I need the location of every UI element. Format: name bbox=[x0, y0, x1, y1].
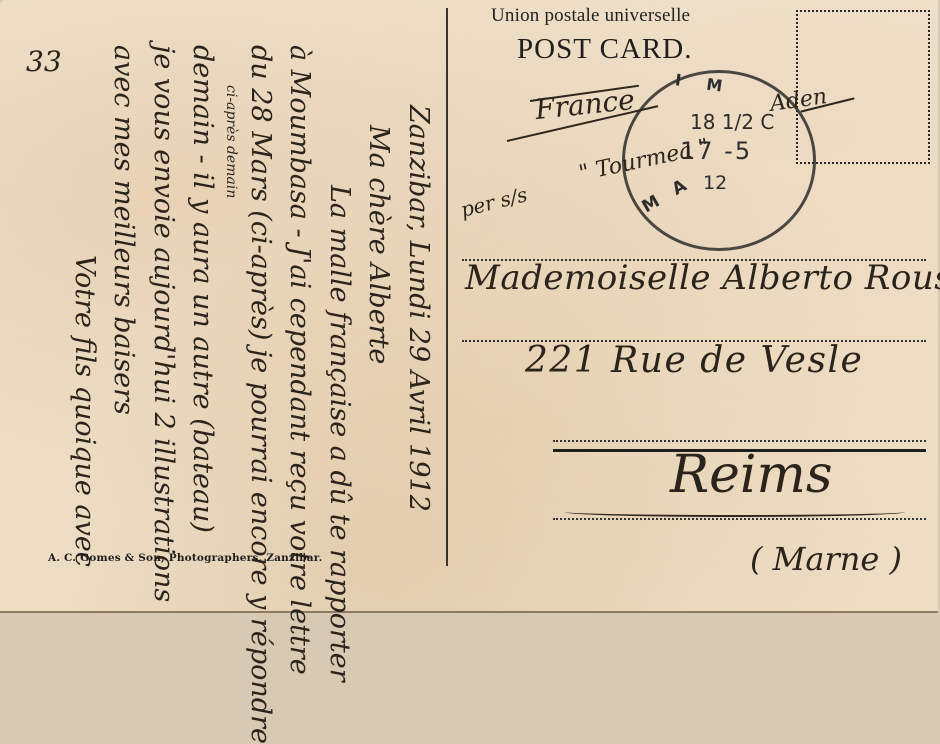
recipient-street: 221 Rue de Vesle bbox=[525, 340, 863, 381]
message-line: demain - il y aura un autre (bateau) bbox=[183, 45, 223, 617]
postmark-year: 12 bbox=[703, 172, 727, 194]
header-post-card-title: POST CARD. bbox=[517, 33, 692, 66]
city-underline-swash bbox=[565, 507, 905, 517]
header-union-postale: Union postale universelle bbox=[491, 5, 690, 27]
postmark-time: 18 1/2 C bbox=[690, 110, 774, 134]
handwritten-message: Zanzibar, Lundi 29 Avril 1912 Ma chère A… bbox=[65, 105, 439, 617]
center-divider-line bbox=[446, 8, 448, 566]
routing-via: per s/s bbox=[458, 182, 530, 222]
recipient-region: ( Marne ) bbox=[750, 540, 902, 578]
message-line: avec mes meilleurs baisers bbox=[104, 45, 144, 617]
message-interlinear-note: ci-après demain bbox=[223, 85, 241, 617]
recipient-name: Mademoiselle Alberto Rousteau bbox=[465, 258, 940, 298]
message-line: Zanzibar, Lundi 29 Avril 1912 bbox=[399, 105, 439, 617]
message-line: je vous envoie aujourd'hui 2 illustratio… bbox=[144, 45, 184, 617]
message-line: La malle française a dû te rapporter bbox=[320, 105, 360, 617]
address-line-4 bbox=[553, 518, 926, 520]
message-line: à Moumbasa - J'ai cependant reçu votre l… bbox=[280, 45, 320, 617]
message-line: du 28 Mars (ci-après) je pourrai encore … bbox=[241, 45, 281, 617]
postcard-back: Union postale universelle POST CARD. I M… bbox=[0, 0, 938, 613]
routing-country: France bbox=[534, 83, 637, 126]
message-line: Ma chère Alberte bbox=[359, 105, 399, 617]
catalog-number: 33 bbox=[26, 45, 62, 78]
publisher-imprint: A. C. Gomes & Son, Photographers, Zanzib… bbox=[48, 552, 322, 564]
recipient-city: Reims bbox=[670, 445, 833, 505]
address-line-3 bbox=[553, 440, 926, 442]
